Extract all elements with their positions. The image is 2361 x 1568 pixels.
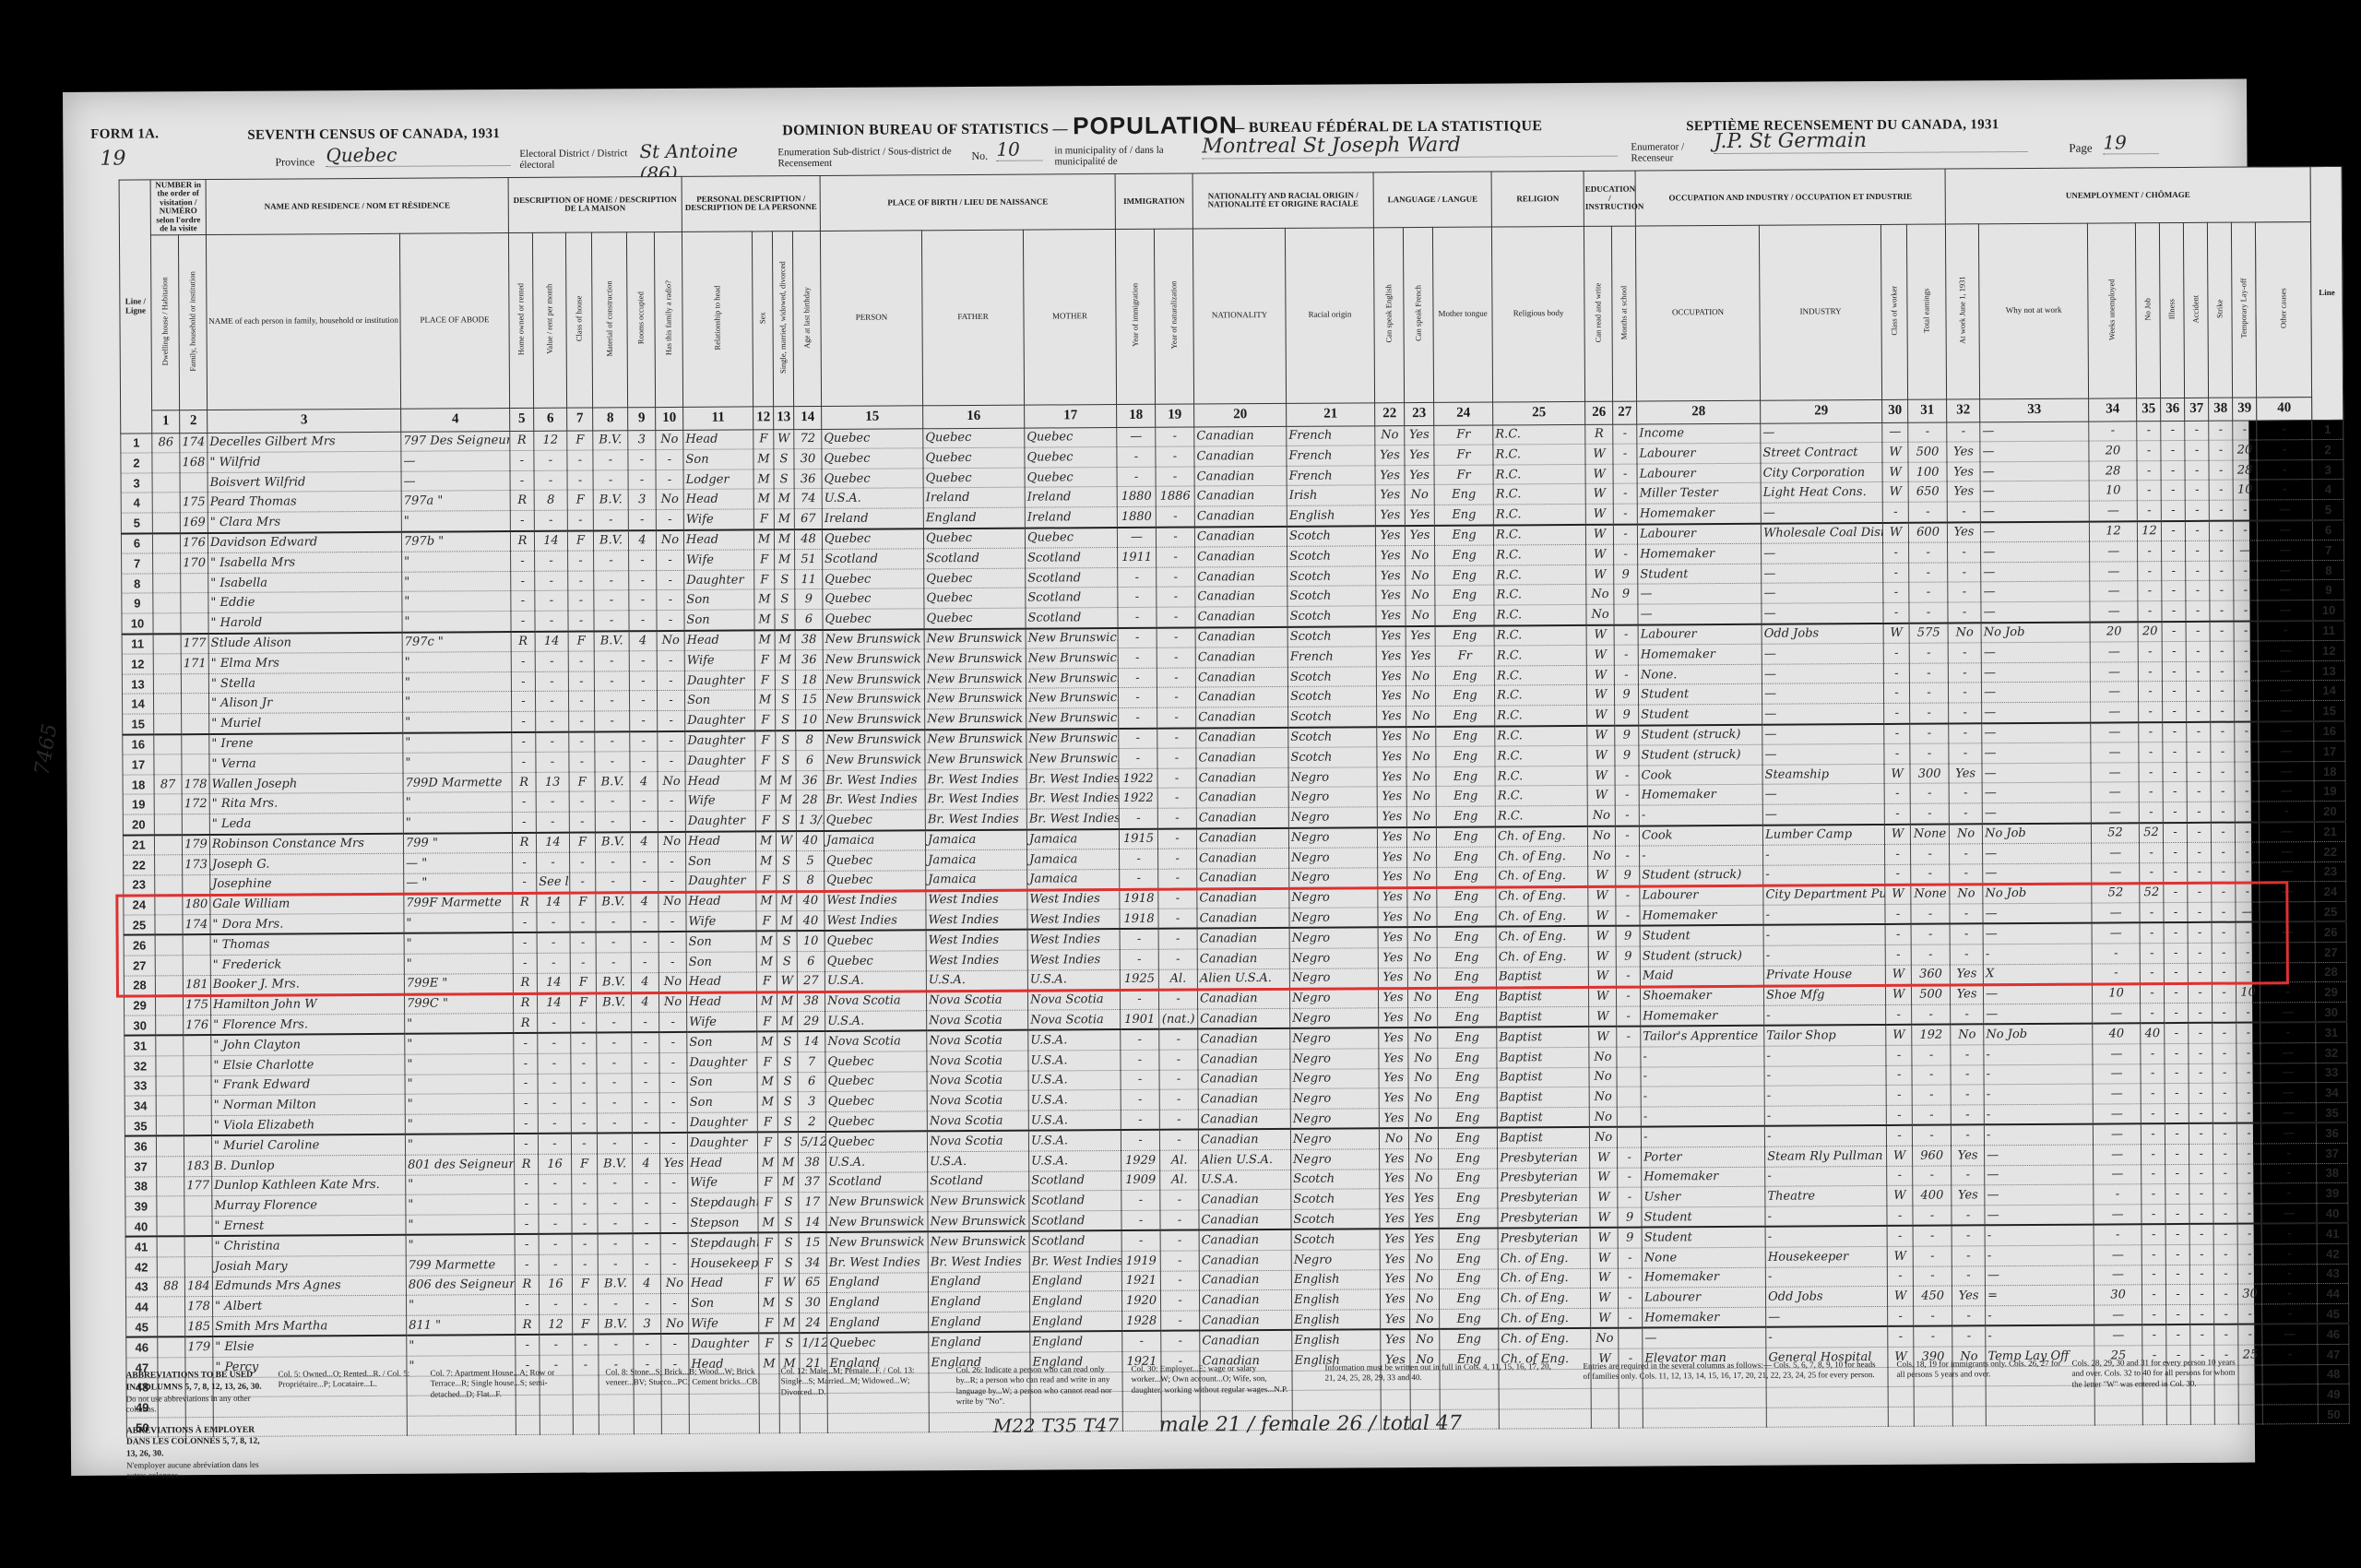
cell-fr: No: [1406, 726, 1436, 746]
cell-cls: -: [569, 812, 595, 832]
cell-w35: -: [2139, 722, 2163, 742]
cell-sex: F: [755, 731, 776, 751]
column-label-25: Religious body: [1491, 226, 1584, 402]
cell-relig: R.C.: [1493, 424, 1585, 445]
cell-work: -: [1950, 944, 1983, 965]
cell-why: —: [1982, 763, 2091, 783]
cell-w40: —: [2260, 882, 2315, 902]
cell-cw: -: [1885, 944, 1911, 965]
cell-w35: 52: [2139, 823, 2163, 843]
cell-radio: -: [660, 1233, 688, 1253]
cell-bp: Quebec: [825, 1071, 927, 1091]
cell-wks: —: [2094, 1145, 2142, 1165]
cell-own: -: [512, 753, 536, 773]
cell-wks: —: [2094, 1164, 2142, 1184]
cell-cw: -: [1883, 602, 1909, 623]
cell-rel: Head: [683, 489, 753, 509]
cell-sch: -: [1619, 1288, 1643, 1308]
cell-ms: S: [775, 690, 795, 710]
cell-dw: [153, 553, 181, 574]
cell-ind: —: [1762, 784, 1884, 804]
cell-why: -: [1986, 1325, 2094, 1347]
cell-tongue: Fr: [1434, 445, 1493, 465]
enumerator-label: Enumerator / Recenseur: [1631, 141, 1704, 163]
cell-radio: -: [658, 932, 686, 952]
cell-nat_yr: -: [1158, 849, 1197, 869]
census-grid: Line / Ligne NUMBER in the order of visi…: [119, 166, 2350, 1438]
cell-rw: W: [1585, 464, 1613, 484]
cell-w36: -: [2161, 421, 2185, 441]
cell-sex: M: [753, 449, 774, 469]
cell-own: -: [513, 932, 537, 953]
cell-name: " Irene: [209, 732, 403, 754]
cell-mat: -: [594, 691, 629, 711]
cell-val: -: [538, 1013, 571, 1033]
cell-abode: 801 des Seigneurs: [406, 1155, 515, 1175]
cell-w35: 20: [2138, 622, 2162, 642]
cell-nat_yr: -: [1157, 547, 1195, 567]
column-number-29: 29: [1761, 399, 1882, 423]
cell-w40: —: [2258, 580, 2313, 600]
cell-ms: W: [777, 971, 797, 992]
cell-w37: -: [2185, 460, 2209, 481]
enumerator-value: J.P. St Germain: [1714, 128, 2027, 154]
cell-w35: -: [2137, 501, 2161, 521]
cell-mat: -: [595, 752, 630, 772]
cell-w39: -: [2236, 963, 2260, 983]
cell-w38: -: [2213, 1144, 2237, 1164]
cell-w40: -: [2261, 1183, 2317, 1204]
cell-ms: S: [777, 1111, 798, 1132]
cell-mbp: Jamaica: [1026, 829, 1119, 850]
cell-why: —: [1983, 903, 2092, 924]
cell-w39: -: [2233, 520, 2257, 540]
cell-fbp: New Brunswick: [925, 749, 1026, 769]
column-number-13: 13: [774, 406, 794, 429]
cell-mat: -: [598, 1234, 633, 1254]
cell-nat: Canadian: [1195, 606, 1287, 627]
line-number: 43: [125, 1277, 157, 1297]
cell-val: -: [537, 912, 570, 932]
cell-fbp: England: [928, 1291, 1029, 1312]
line-number: 37: [2317, 1143, 2348, 1163]
cell-rw: W: [1591, 1308, 1619, 1328]
cell-dw: [152, 493, 180, 513]
cell-nat: Canadian: [1194, 505, 1287, 527]
cell-occ: Homemaker: [1638, 543, 1762, 564]
cell-why: No Job: [1984, 1024, 2093, 1045]
cell-occ: Homemaker: [1642, 1267, 1765, 1288]
cell-own: -: [515, 1295, 539, 1315]
column-label-14: Age at last birthday: [792, 231, 821, 406]
cell-nat: Canadian: [1200, 1310, 1292, 1331]
cell-rel: Daughter: [685, 731, 755, 752]
cell-mat: B.V.: [598, 1154, 633, 1174]
cell-eng: Yes: [1380, 1229, 1409, 1249]
column-number-14: 14: [794, 406, 822, 429]
cell-race: French: [1287, 445, 1375, 466]
cell-work: -: [1947, 502, 1980, 522]
cell-radio: -: [659, 1032, 687, 1052]
cell-race: Scotch: [1287, 526, 1375, 547]
cell-cls: -: [570, 912, 596, 932]
cell-tongue: Eng: [1439, 1188, 1498, 1208]
cell-fam: 177: [184, 1176, 212, 1196]
cell-cls: -: [570, 873, 596, 893]
cell-tongue: Eng: [1438, 1048, 1497, 1068]
cell-radio: No: [656, 490, 683, 510]
cell-tongue: Eng: [1436, 746, 1495, 766]
cell-val: 14: [537, 892, 570, 912]
cell-name: " Verna: [209, 753, 403, 774]
cell-w40: —: [2260, 1063, 2316, 1083]
cell-bp: Quebec: [822, 469, 923, 489]
cell-cw: W: [1885, 965, 1911, 985]
cell-w40: -: [2260, 982, 2316, 1003]
cell-fam: 172: [182, 794, 209, 814]
group-birth: PLACE OF BIRTH / LIEU DE NAISSANCE: [820, 174, 1115, 232]
cell-w40: -: [2262, 1303, 2318, 1324]
cell-why: —: [1980, 441, 2089, 461]
cell-age: 67: [794, 508, 822, 529]
cell-rel: Daughter: [685, 751, 755, 771]
cell-w37: -: [2186, 621, 2210, 641]
cell-mat: B.V.: [598, 1274, 633, 1294]
cell-abode: ": [405, 1094, 514, 1114]
cell-sex: M: [754, 610, 775, 630]
province-value: Quebec: [326, 143, 510, 167]
cell-wks: -: [2094, 1184, 2142, 1205]
cell-race: English: [1291, 1269, 1380, 1289]
cell-val: -: [536, 812, 569, 832]
cell-mat: -: [593, 510, 628, 530]
cell-race: Negro: [1288, 827, 1377, 849]
cell-own: -: [512, 792, 536, 813]
cell-bp: U.S.A.: [822, 488, 923, 508]
cell-relig: R.C.: [1493, 464, 1585, 484]
cell-sex: M: [758, 1293, 778, 1313]
cell-eng: Yes: [1377, 707, 1406, 727]
cell-w37: -: [2189, 1183, 2213, 1204]
cell-mat: B.V.: [596, 892, 631, 912]
cell-abode: —: [401, 451, 510, 471]
cell-w39: -: [2235, 781, 2259, 802]
cell-earn: -: [1909, 602, 1948, 623]
cell-eng: Yes: [1376, 647, 1406, 667]
cell-mat: -: [594, 571, 629, 591]
cell-w39: —: [2234, 540, 2258, 561]
cell-w35: -: [2142, 1265, 2165, 1285]
column-number-1: 1: [152, 410, 180, 433]
cell-eng: Yes: [1377, 827, 1406, 848]
cell-earn: -: [1910, 683, 1949, 703]
cell-rw: W: [1588, 906, 1616, 926]
line-number: 3: [2312, 459, 2343, 480]
cell-name: Joseph G.: [210, 853, 404, 874]
column-label-27: Months at school: [1611, 226, 1636, 401]
cell-rel: Wife: [683, 509, 753, 530]
cell-rooms: -: [632, 1053, 659, 1074]
cell-radio: -: [657, 551, 684, 571]
cell-radio: -: [658, 811, 685, 831]
cell-occ: Homemaker: [1637, 503, 1761, 524]
cell-own: -: [511, 552, 535, 572]
cell-race: English: [1292, 1289, 1381, 1310]
line-number: 8: [122, 574, 153, 594]
cell-val: -: [535, 591, 568, 612]
cell-cw: -: [1884, 683, 1910, 704]
cell-name: " Isabella: [208, 572, 402, 593]
cell-imm: -: [1119, 808, 1157, 828]
cell-sex: M: [757, 1072, 777, 1092]
cell-ind: —: [1761, 422, 1882, 443]
column-label-30: Class of worker: [1881, 224, 1908, 399]
cell-fam: 178: [184, 1297, 212, 1317]
cell-earn: 650: [1908, 481, 1947, 502]
cell-nat: Canadian: [1198, 1008, 1290, 1029]
cell-sch: -: [1618, 1268, 1642, 1289]
cell-w35: -: [2140, 963, 2164, 983]
column-number-40: 40: [2257, 397, 2312, 420]
cell-sch: -: [1615, 785, 1639, 805]
cell-occ: Labourer: [1637, 443, 1761, 463]
cell-relig: R.C.: [1494, 646, 1586, 666]
cell-w37: -: [2189, 1144, 2213, 1164]
cell-cw: -: [1887, 1226, 1913, 1246]
cell-imm: -: [1121, 1210, 1160, 1230]
cell-sex: F: [757, 1133, 777, 1153]
cell-fr: Yes: [1405, 445, 1434, 466]
cell-ms: W: [776, 831, 796, 851]
cell-earn: -: [1914, 1306, 1952, 1326]
cell-w40: —: [2259, 701, 2314, 721]
cell-w40: —: [2261, 1203, 2317, 1223]
cell-sch: -: [1616, 846, 1640, 866]
cell-own: -: [513, 873, 537, 893]
cell-relig: R.C.: [1494, 665, 1586, 685]
column-number-18: 18: [1117, 404, 1156, 427]
cell-occ: Labourer: [1637, 463, 1761, 483]
cell-ms: M: [777, 911, 797, 932]
cell-radio: -: [658, 872, 686, 892]
bureau-en: DOMINION BUREAU OF STATISTICS —: [782, 121, 1068, 139]
cell-fbp: Nova Scotia: [926, 990, 1027, 1010]
cell-relig: Presbyterian: [1498, 1207, 1590, 1229]
cell-wks: —: [2094, 1205, 2142, 1225]
cell-imm: -: [1118, 607, 1157, 627]
cell-imm: 1920: [1122, 1290, 1161, 1311]
cell-own: -: [515, 1214, 539, 1234]
cell-mbp: West Indies: [1027, 950, 1120, 970]
cell-w38: -: [2209, 460, 2233, 481]
cell-w39: -: [2233, 421, 2257, 441]
cell-nat_yr: Al.: [1158, 969, 1197, 990]
cell-val: -: [539, 1194, 572, 1214]
cell-own: -: [511, 611, 535, 631]
cell-imm: -: [1119, 748, 1157, 768]
cell-w35: -: [2142, 1204, 2165, 1224]
cell-wks: —: [2091, 682, 2139, 702]
cell-eng: Yes: [1375, 445, 1405, 466]
cell-fam: [184, 1035, 211, 1055]
cell-w40: —: [2258, 641, 2313, 661]
cell-w35: -: [2138, 601, 2162, 622]
cell-w35: -: [2139, 802, 2163, 823]
cell-tongue: Eng: [1437, 886, 1496, 907]
cell-w39: -: [2237, 1204, 2261, 1224]
group-education: EDUCATION / INSTRUCTION: [1584, 171, 1635, 226]
cell-w37: -: [2189, 1265, 2213, 1285]
cell-cls: F: [569, 832, 595, 852]
cell-why: No Job: [1981, 622, 2090, 643]
cell-name: " Alison Jr: [208, 693, 402, 714]
cell-w36: -: [2162, 642, 2186, 662]
cell-nat_yr: -: [1157, 627, 1195, 647]
cell-w37: -: [2190, 1284, 2214, 1304]
cell-earn: -: [1909, 643, 1948, 663]
cell-race: Negro: [1289, 848, 1378, 868]
cell-w37: -: [2185, 441, 2209, 461]
cell-occ: None.: [1638, 664, 1762, 684]
cell-sch: -: [1616, 906, 1640, 926]
cell-ind: Street Contract: [1761, 443, 1882, 463]
line-number: 1: [121, 434, 152, 454]
cell-ms: M: [776, 790, 796, 811]
line-number: 23: [2315, 861, 2346, 882]
column-number-3: 3: [208, 409, 401, 433]
cell-w39: -: [2236, 1063, 2260, 1084]
cell-work: -: [1951, 1125, 1984, 1146]
cell-sex: M: [756, 932, 777, 952]
cell-sch: 9: [1615, 725, 1639, 745]
cell-earn: -: [1910, 703, 1949, 723]
cell-age: 7: [798, 1051, 825, 1072]
cell-w38: -: [2211, 701, 2235, 721]
cell-w36: -: [2164, 963, 2188, 983]
cell-dw: [155, 855, 183, 875]
cell-relig: R.C.: [1495, 746, 1587, 766]
cell-abode: 799 Marmette: [406, 1254, 515, 1275]
cell-fbp: West Indies: [926, 889, 1027, 909]
cell-earn: 960: [1913, 1146, 1952, 1166]
column-label-23: Can speak French: [1403, 227, 1433, 402]
cell-occ: Homemaker: [1643, 1307, 1766, 1328]
cell-why: —: [1985, 1265, 2094, 1286]
cell-val: -: [536, 752, 569, 772]
cell-sch: -: [1616, 885, 1640, 906]
cell-sch: -: [1613, 483, 1637, 504]
cell-imm: 1915: [1119, 828, 1157, 849]
cell-w38: -: [2213, 1063, 2236, 1084]
cell-work: -: [1948, 563, 1981, 583]
cell-mbp: West Indies: [1027, 909, 1120, 930]
cell-val: -: [536, 731, 569, 752]
sheet-header: FORM 1A. SEVENTH CENSUS OF CANADA, 1931 …: [63, 79, 2248, 180]
column-label-17: MOTHER: [1023, 229, 1116, 405]
line-number: 6: [2313, 519, 2344, 540]
cell-cw: W: [1884, 824, 1910, 844]
cell-rooms: -: [632, 1093, 659, 1113]
cell-abode: ": [402, 552, 511, 572]
cell-cls: -: [568, 571, 594, 591]
cell-w39: -: [2234, 661, 2258, 682]
cell-abode: ": [401, 511, 510, 532]
cell-radio: -: [658, 752, 685, 772]
cell-wks: —: [2093, 1044, 2141, 1064]
cell-abode: ": [404, 954, 513, 974]
cell-ms: S: [774, 449, 794, 469]
cell-abode: 799C ": [404, 993, 513, 1014]
cell-fr: No: [1407, 887, 1437, 908]
cell-occ: Student (struck): [1639, 744, 1762, 765]
cell-fam: 168: [180, 453, 208, 473]
cell-rooms: -: [628, 510, 656, 530]
cell-w38: -: [2213, 1183, 2237, 1204]
cell-nat: Canadian: [1197, 908, 1289, 929]
cell-fbp: Nova Scotia: [927, 1090, 1028, 1111]
cell-fam: [184, 1216, 212, 1236]
cell-rel: Son: [684, 589, 754, 610]
cell-val: -: [538, 1093, 571, 1113]
cell-sch: 9: [1618, 1207, 1642, 1228]
cell-work: No: [1949, 824, 1982, 844]
cell-abode: ": [402, 692, 511, 712]
cell-sch: [1614, 604, 1638, 624]
cell-rel: Wife: [688, 1173, 758, 1194]
cell-rel: Wife: [689, 1313, 759, 1335]
cell-fbp: Br. West Indies: [928, 1252, 1029, 1272]
cell-w39: -: [2234, 621, 2258, 641]
cell-w37: -: [2190, 1304, 2214, 1324]
cell-fbp: New Brunswick: [924, 688, 1026, 708]
cell-nat: Canadian: [1200, 1330, 1292, 1351]
cell-w35: -: [2142, 1184, 2165, 1205]
cell-w40: [2262, 1404, 2318, 1424]
line-number: 10: [2313, 600, 2344, 620]
line-number: 44: [2318, 1284, 2349, 1304]
line-number: 48: [2318, 1364, 2349, 1384]
cell-tongue: Eng: [1436, 726, 1495, 746]
cell-fbp: Nova Scotia: [927, 1051, 1028, 1071]
cell-w40: —: [2259, 742, 2314, 762]
line-number: 15: [123, 714, 154, 734]
cell-bp: New Brunswick: [826, 1192, 928, 1212]
cell-nat_yr: (nat.): [1159, 1009, 1198, 1029]
cell-fam: [181, 593, 208, 613]
cell-dw: [156, 1075, 184, 1096]
cell-fr: No: [1408, 1088, 1438, 1109]
line-number: 21: [123, 835, 154, 855]
cell-earn: 600: [1908, 522, 1947, 542]
cell-w38: -: [2212, 842, 2236, 862]
cell-rw: W: [1591, 1288, 1619, 1308]
cell-ind: —: [1762, 703, 1884, 724]
cell-dw: [155, 895, 183, 915]
cell-earn: -: [1912, 1065, 1951, 1086]
cell-work: No: [1950, 884, 1983, 904]
cell-race: Scotch: [1287, 626, 1376, 647]
cell-w40: —: [2260, 1102, 2316, 1123]
cell-fbp: U.S.A.: [928, 1151, 1029, 1171]
cell-ind: —: [1762, 583, 1883, 603]
cell-race: Negro: [1289, 968, 1378, 988]
cell-nat_yr: -: [1158, 888, 1197, 909]
cell-fam: [184, 1115, 211, 1135]
cell-rooms: -: [631, 872, 658, 892]
cell-nat_yr: -: [1156, 467, 1194, 487]
cell-tongue: Eng: [1440, 1309, 1499, 1329]
cell-fam: [183, 935, 210, 956]
